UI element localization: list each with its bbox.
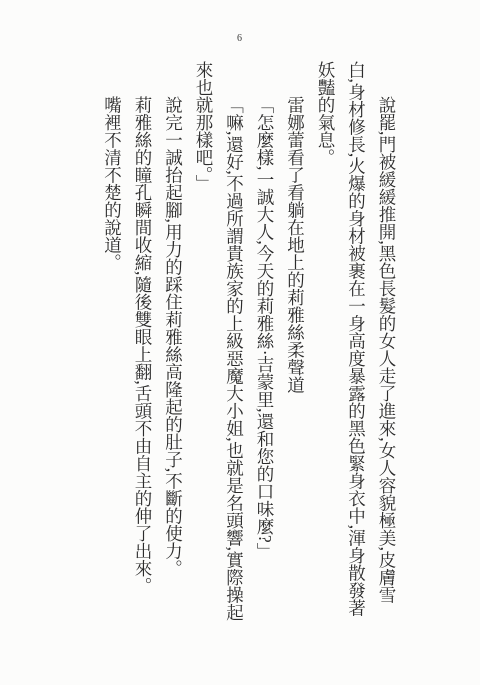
paragraph: 雷娜蕾看了看躺在地上的莉雅絲柔聲道 — [280, 61, 311, 624]
paragraph: 說完一誠抬起腳,用力的踩住莉雅絲高隆起的肚子,不斷的使力。 — [158, 61, 189, 624]
paragraph: 「嘛,還好,不過所謂貴族家的上級惡魔大小姐,也就是名頭響,實際操起來也就那樣吧。… — [189, 61, 250, 624]
vertical-text-block: 說罷,門被緩緩推開,黑色長髮的女人走了進來,女人容貌極美,皮膚雪白,身材修長,火… — [90, 61, 402, 624]
paragraph: 說罷,門被緩緩推開,黑色長髮的女人走了進來,女人容貌極美,皮膚雪白,身材修長,火… — [311, 61, 403, 624]
paragraph: 莉雅絲的瞳孔瞬間收縮,隨後雙眼上翻,舌頭不由自主的伸了出來。 — [128, 61, 159, 624]
paragraph: 嘴裡不清不楚的說道。 — [97, 61, 128, 624]
page-number: 6 — [0, 33, 480, 44]
paragraph: 「怎麼樣,一誠大人,今天的莉雅絲·吉蒙里,還和您的口味麼?」 — [250, 61, 281, 624]
book-page: 6 說罷,門被緩緩推開,黑色長髮的女人走了進來,女人容貌極美,皮膚雪白,身材修長… — [0, 0, 480, 685]
